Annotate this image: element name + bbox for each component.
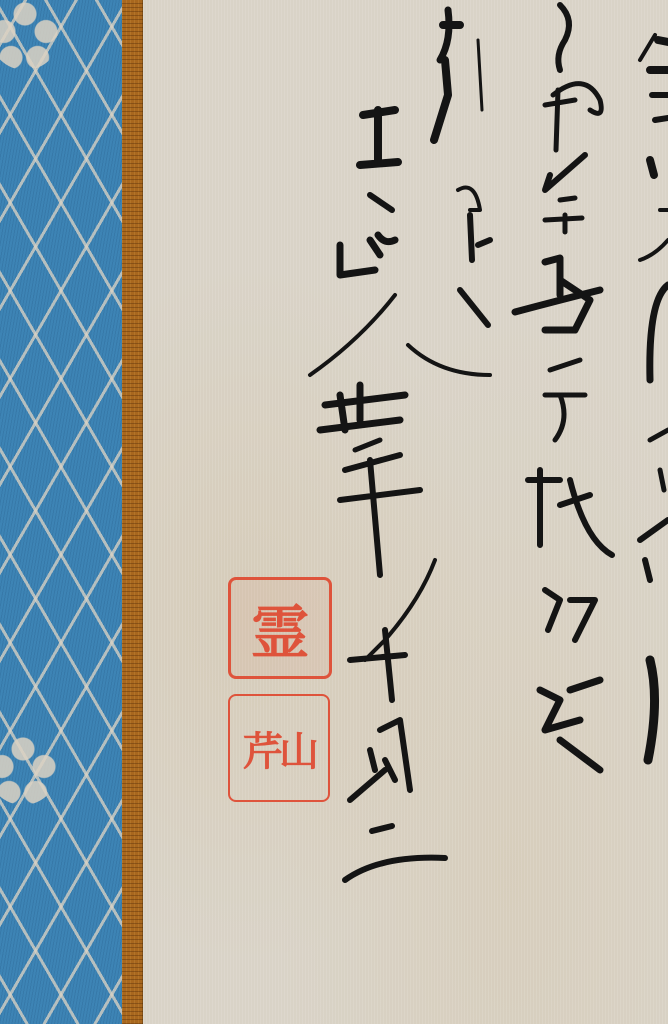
red-seal-upper: 霊 (228, 577, 332, 679)
red-seal-lower: 芹山 (228, 694, 330, 802)
seal-upper-text: 霊 (251, 586, 309, 670)
seal-lower-text: 芹山 (243, 720, 315, 777)
calligraphy-ink (0, 0, 668, 1024)
